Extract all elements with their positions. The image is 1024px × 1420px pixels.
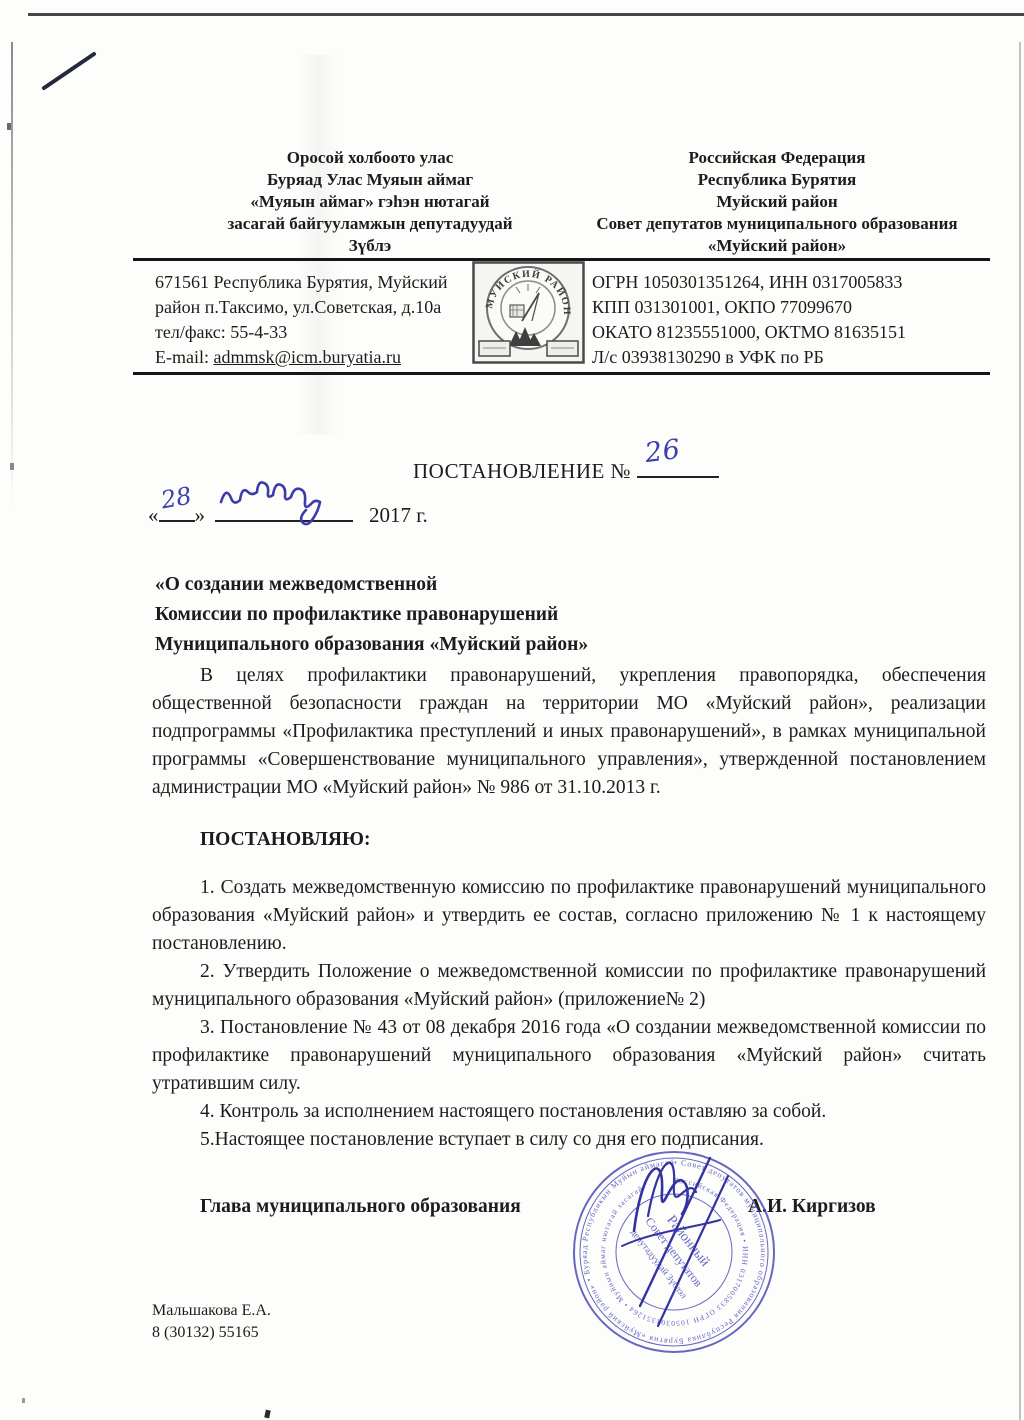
district-emblem: МУЙСКИЙ РАЙОН — [472, 261, 585, 370]
scan-edge-right — [1019, 42, 1021, 1420]
intro-paragraph: В целях профилактики правонарушений, укр… — [152, 662, 986, 802]
codes-line: Л/с 03938130290 в УФК по РБ — [592, 345, 990, 370]
resolve-heading: ПОСТАНОВЛЯЮ: — [152, 826, 986, 854]
subject-line: «О создании межведомственной — [155, 570, 588, 600]
scan-edge-left — [11, 42, 13, 512]
body-content: В целях профилактики правонарушений, укр… — [152, 662, 986, 1154]
header-line: Совет депутатов муниципального образован… — [563, 213, 991, 235]
address-line: тел/факс: 55-4-33 — [155, 320, 485, 345]
handwritten-day: 28 — [158, 482, 193, 515]
document-number-line: 26 — [637, 450, 719, 478]
handwritten-month-scribble — [215, 462, 355, 530]
email-label: E-mail: — [155, 347, 213, 367]
header-line: Оросой холбоото улас — [140, 147, 600, 169]
subject-block: «О создании межведомственной Комиссии по… — [155, 570, 588, 660]
scan-speck — [10, 463, 14, 470]
executor-phone: 8 (30132) 55165 — [152, 1322, 271, 1344]
email-line: E-mail: admmsk@icm.buryatia.ru — [155, 345, 485, 370]
scan-speck — [22, 1398, 25, 1403]
date-line: «28» 2017 г. — [148, 496, 428, 528]
quote-open: « — [148, 503, 159, 527]
subject-line: Комиссии по профилактике правонарушений — [155, 600, 588, 630]
address-line: район п.Таксимо, ул.Советская, д.10а — [155, 295, 485, 320]
codes-line: ОКАТО 81235551000, ОКТМО 81635151 — [592, 320, 990, 345]
day-line: 28 — [159, 496, 195, 522]
codes-line: КПП 031301001, ОКПО 77099670 — [592, 295, 990, 320]
header-russian: Российская Федерация Республика Бурятия … — [563, 147, 991, 257]
header-line: Буряад Улас Муяын аймаг — [140, 169, 600, 191]
executor-block: Мальшакова Е.А. 8 (30132) 55165 — [152, 1300, 271, 1344]
document-title: ПОСТАНОВЛЕНИЕ №26 — [413, 450, 719, 484]
handwritten-number: 26 — [643, 434, 682, 469]
signature-scribble — [592, 1136, 782, 1346]
header-line: Российская Федерация — [563, 147, 991, 169]
scan-speck — [7, 123, 11, 130]
resolve-item: 3. Постановление № 43 от 08 декабря 2016… — [152, 1014, 986, 1098]
header-line: «Муйский район» — [563, 235, 991, 257]
header-line: Республика Бурятия — [563, 169, 991, 191]
codes-line: ОГРН 1050301351264, ИНН 0317005833 — [592, 270, 990, 295]
header-line: «Муяын аймаг» гэһэн нютагай — [140, 191, 600, 213]
document-page: Оросой холбоото улас Буряад Улас Муяын а… — [0, 0, 1024, 1420]
header-line: засагай байгууламжын депутадуудай — [140, 213, 600, 235]
month-line — [215, 496, 353, 522]
header-buryat: Оросой холбоото улас Буряад Улас Муяын а… — [140, 147, 600, 257]
pen-mark — [40, 48, 100, 94]
address-line: 671561 Республика Бурятия, Муйский — [155, 270, 485, 295]
title-label: ПОСТАНОВЛЕНИЕ № — [413, 459, 631, 483]
header-line: Муйский район — [563, 191, 991, 213]
address-block: 671561 Республика Бурятия, Муйский район… — [155, 270, 485, 370]
scan-speck — [264, 1410, 271, 1419]
resolve-item: 4. Контроль за исполнением настоящего по… — [152, 1098, 986, 1126]
codes-block: ОГРН 1050301351264, ИНН 0317005833 КПП 0… — [592, 270, 990, 370]
signatory-position: Глава муниципального образования — [200, 1196, 521, 1218]
resolve-item: 2. Утвердить Положение о межведомственно… — [152, 958, 986, 1014]
year-label: 2017 г. — [369, 503, 428, 527]
scan-edge-top — [28, 13, 1024, 16]
email-address: admmsk@icm.buryatia.ru — [213, 347, 401, 367]
divider-rule — [133, 372, 990, 375]
resolve-item: 1. Создать межведомственную комиссию по … — [152, 874, 986, 958]
executor-name: Мальшакова Е.А. — [152, 1300, 271, 1322]
quote-close: » — [195, 503, 206, 527]
header-line: Зүблэ — [140, 235, 600, 257]
subject-line: Муниципального образования «Муйский райо… — [155, 630, 588, 660]
